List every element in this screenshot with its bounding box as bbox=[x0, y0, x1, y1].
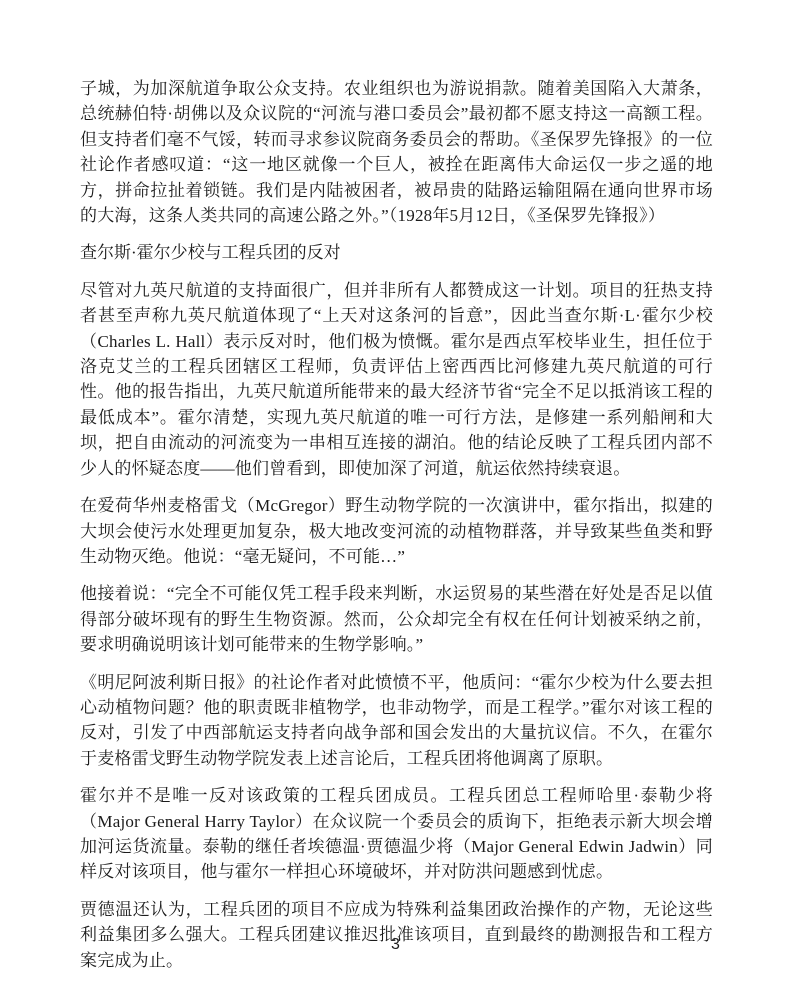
paragraph-hall-report: 尽管对九英尺航道的支持面很广，但并非所有人都赞成这一计划。项目的狂热支持者甚至声… bbox=[80, 278, 713, 481]
paragraph-taylor-jadwin: 霍尔并不是唯一反对该政策的工程兵团成员。工程兵团总工程师哈里·泰勒少将（Majo… bbox=[80, 783, 713, 885]
document-text-block: 子城，为加深航道争取公众支持。农业组织也为游说捐款。随着美国陷入大萧条，总统赫伯… bbox=[80, 76, 713, 973]
paragraph-minneapolis-journal: 《明尼阿波利斯日报》的社论作者对此愤愤不平，他质问：“霍尔少校为什么要去担心动植… bbox=[80, 670, 713, 772]
document-page: 子城，为加深航道争取公众支持。农业组织也为游说捐款。随着美国陷入大萧条，总统赫伯… bbox=[0, 0, 791, 1000]
paragraph-jadwin-conclusion: 贾德温还认为，工程兵团的项目不应成为特殊利益集团政治操作的产物，无论这些利益集团… bbox=[80, 897, 713, 973]
section-heading-hall-opposition: 查尔斯·霍尔少校与工程兵团的反对 bbox=[80, 240, 713, 265]
paragraph-mcgregor-speech: 在爱荷华州麦格雷戈（McGregor）野生动物学院的一次演讲中，霍尔指出，拟建的… bbox=[80, 493, 713, 569]
paragraph-channel-support: 子城，为加深航道争取公众支持。农业组织也为游说捐款。随着美国陷入大萧条，总统赫伯… bbox=[80, 76, 713, 228]
paragraph-hall-quote: 他接着说：“完全不可能仅凭工程手段来判断，水运贸易的某些潜在好处是否足以值得部分… bbox=[80, 581, 713, 657]
page-number: 3 bbox=[0, 936, 791, 954]
